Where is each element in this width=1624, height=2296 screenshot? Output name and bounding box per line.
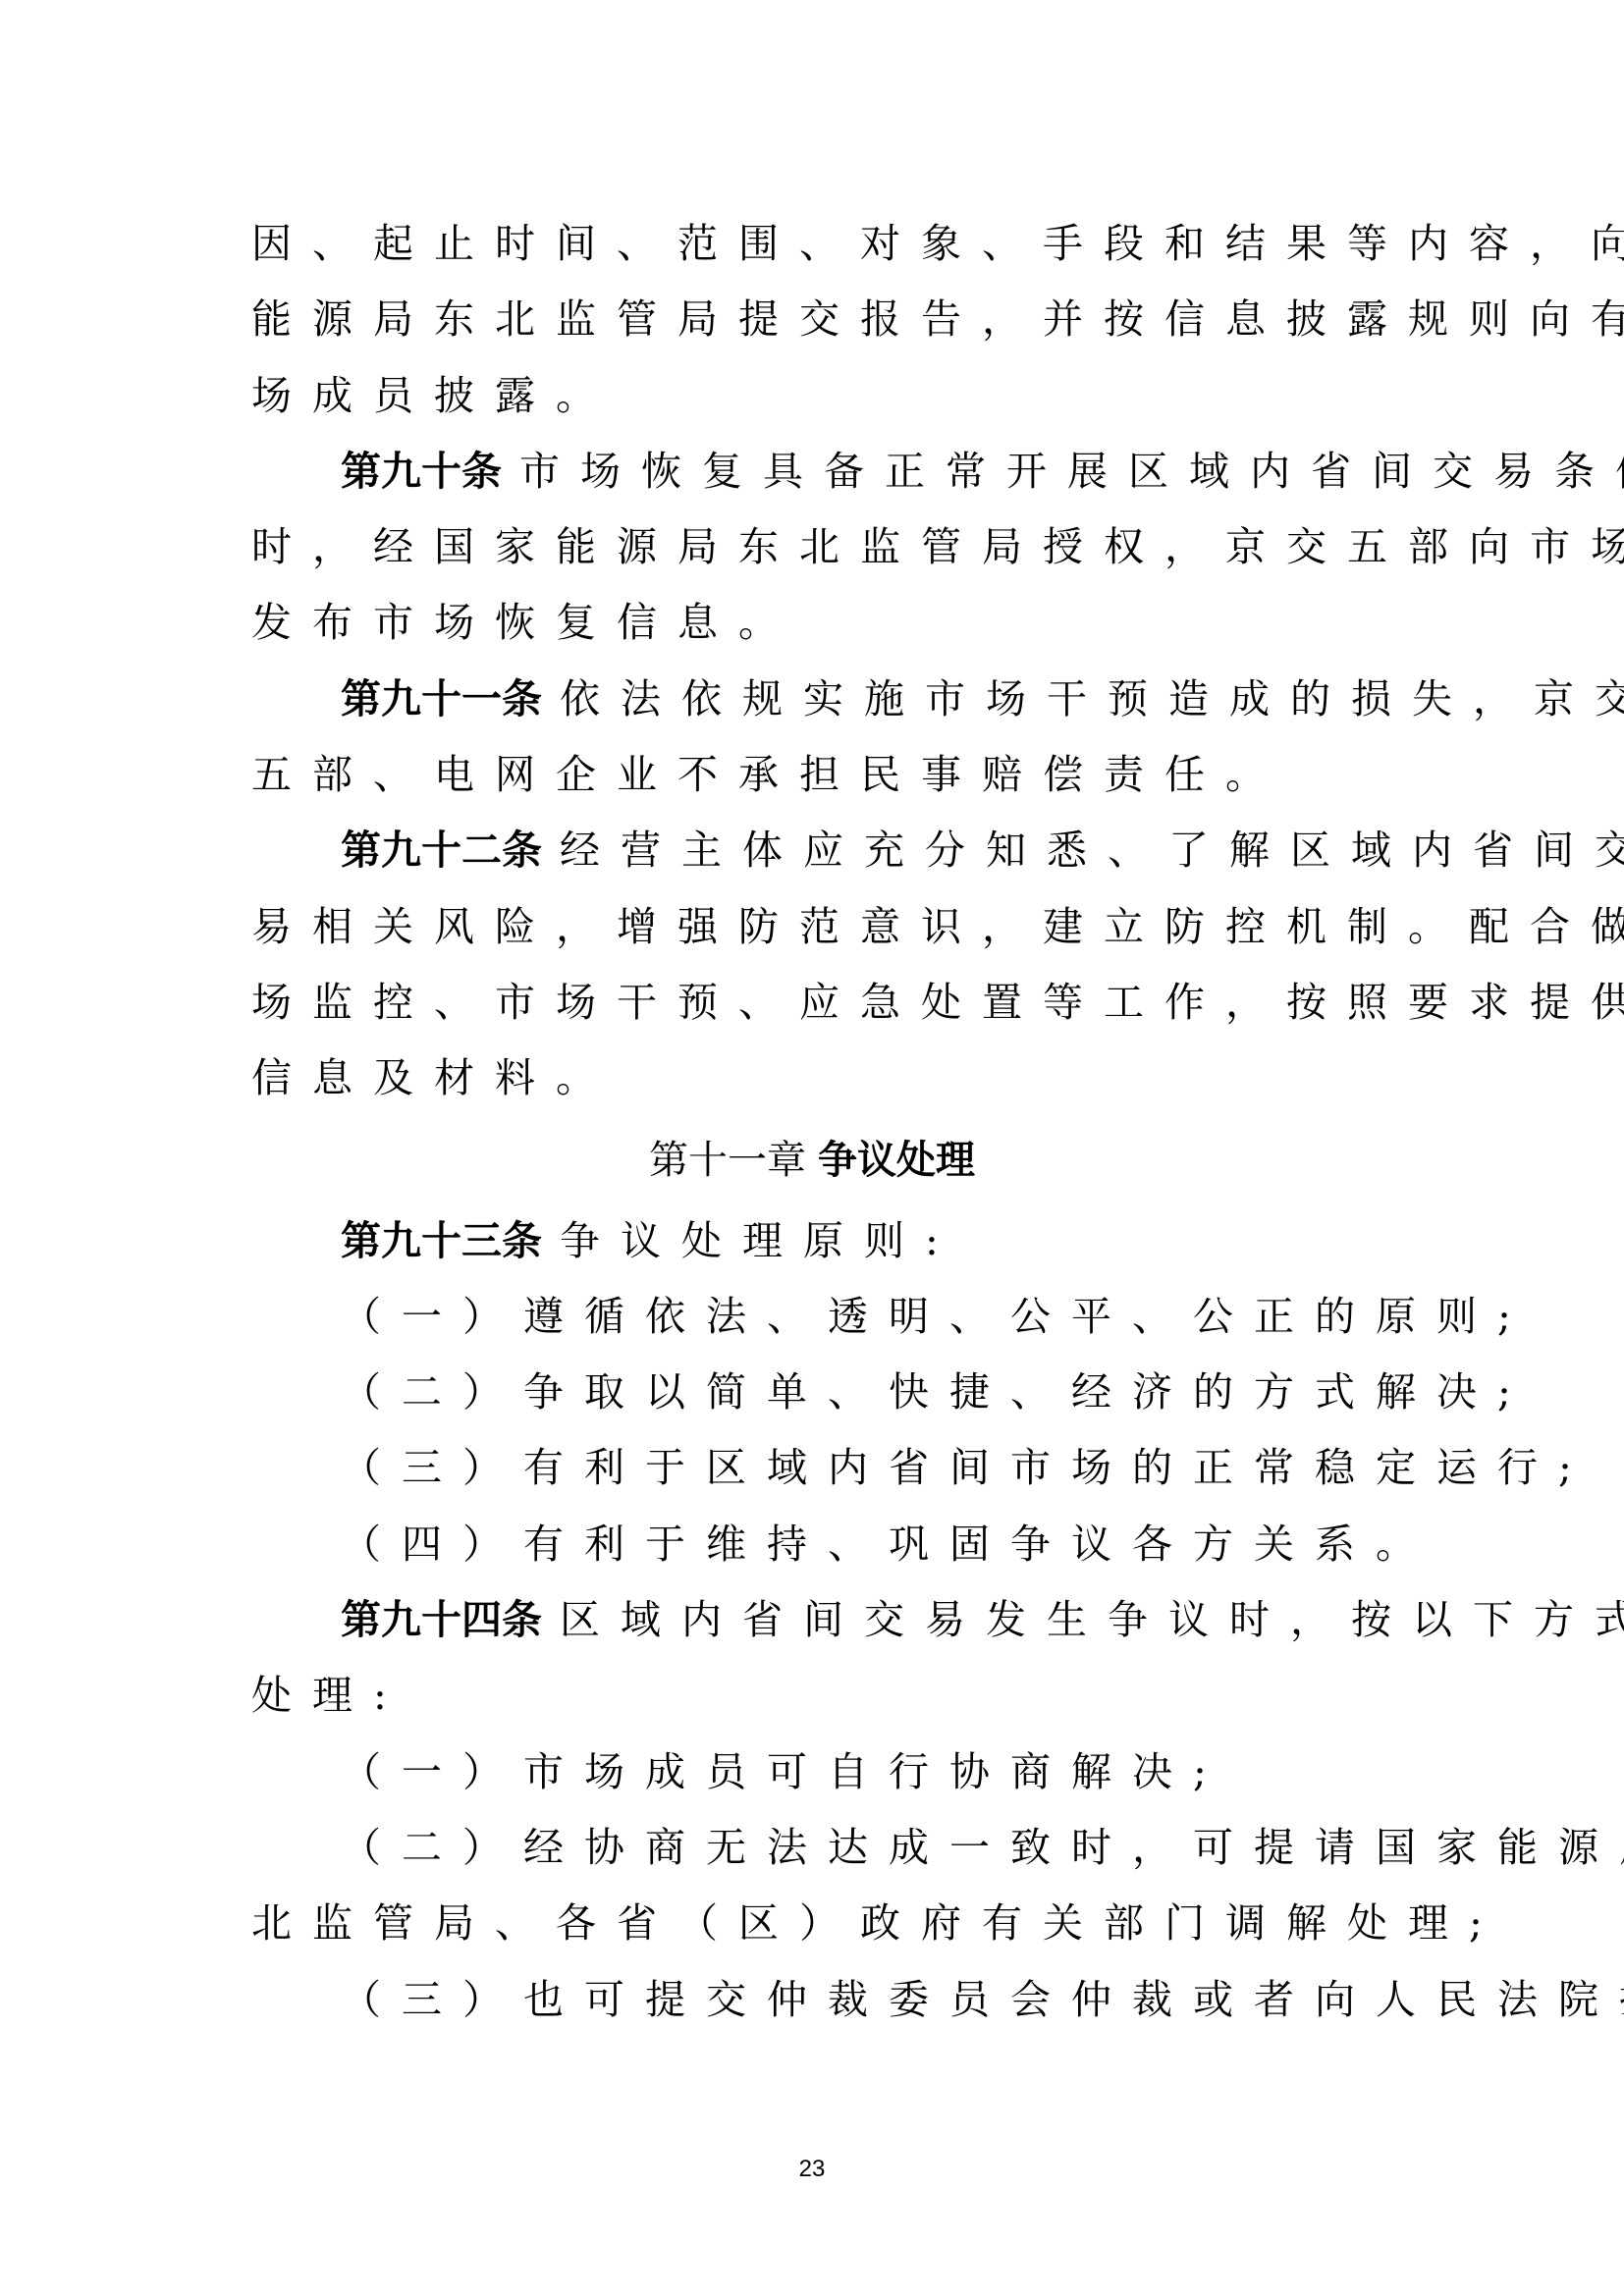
article-label: 第九十三条 xyxy=(341,1217,542,1264)
list-item: （三）有利于区域内省间市场的正常稳定运行; xyxy=(251,1430,1380,1506)
article-label: 第九十一条 xyxy=(341,675,542,722)
chapter-number: 第十一章 xyxy=(649,1138,806,1183)
paragraph-line: 能源局东北监管局提交报告，并按信息披露规则向有关市 xyxy=(251,282,1380,357)
article-text: 经营主体应充分知悉、了解区域内省间交 xyxy=(560,827,1624,874)
document-page: 因、起止时间、范围、对象、手段和结果等内容，向国家 能源局东北监管局提交报告，并… xyxy=(0,0,1624,2296)
paragraph-line: 信息及材料。 xyxy=(251,1041,1380,1116)
article-label: 第九十四条 xyxy=(341,1596,542,1643)
chapter-heading: 第十一章争议处理 xyxy=(0,1117,1624,1203)
paragraph-line: 发布市场恢复信息。 xyxy=(251,585,1380,661)
paragraph-line: 场监控、市场干预、应急处置等工作，按照要求提供相关 xyxy=(251,965,1380,1041)
list-item-continuation: 北监管局、各省（区）政府有关部门调解处理; xyxy=(251,1886,1380,1961)
page-number: 23 xyxy=(0,2156,1624,2183)
article-93-first-line: 第九十三条争议处理原则: xyxy=(251,1203,1380,1279)
article-text: 区域内省间交易发生争议时，按以下方式 xyxy=(560,1596,1624,1643)
paragraph-line: 处理: xyxy=(251,1658,1380,1734)
article-91-first-line: 第九十一条依法依规实施市场干预造成的损失，京交 xyxy=(251,662,1380,737)
list-item: （一）市场成员可自行协商解决; xyxy=(251,1735,1380,1810)
paragraph-line: 五部、电网企业不承担民事赔偿责任。 xyxy=(251,737,1380,813)
paragraph-line: 时，经国家能源局东北监管局授权，京交五部向市场成员 xyxy=(251,509,1380,585)
list-item: （四）有利于维持、巩固争议各方关系。 xyxy=(251,1507,1380,1582)
paragraph-line: 易相关风险，增强防范意识，建立防控机制。配合做好市 xyxy=(251,889,1380,965)
article-text: 依法依规实施市场干预造成的损失，京交 xyxy=(560,675,1624,722)
list-item: （二）争取以简单、快捷、经济的方式解决; xyxy=(251,1355,1380,1430)
document-body: 因、起止时间、范围、对象、手段和结果等内容，向国家 能源局东北监管局提交报告，并… xyxy=(251,206,1380,2038)
article-label: 第九十条 xyxy=(341,448,502,495)
article-90-first-line: 第九十条市场恢复具备正常开展区域内省间交易条件 xyxy=(251,434,1380,509)
article-92-first-line: 第九十二条经营主体应充分知悉、了解区域内省间交 xyxy=(251,813,1380,888)
paragraph-line: 因、起止时间、范围、对象、手段和结果等内容，向国家 xyxy=(251,206,1380,282)
list-item: （二）经协商无法达成一致时，可提请国家能源局东 xyxy=(251,1810,1380,1886)
chapter-title: 争议处理 xyxy=(818,1138,975,1183)
article-text: 市场恢复具备正常开展区域内省间交易条件 xyxy=(519,448,1624,495)
list-item: （三）也可提交仲裁委员会仲裁或者向人民法院提起 xyxy=(251,1962,1380,2038)
paragraph-line: 场成员披露。 xyxy=(251,358,1380,434)
article-94-first-line: 第九十四条区域内省间交易发生争议时，按以下方式 xyxy=(251,1582,1380,1658)
article-text: 争议处理原则: xyxy=(560,1217,959,1264)
list-item: （一）遵循依法、透明、公平、公正的原则; xyxy=(251,1279,1380,1355)
article-label: 第九十二条 xyxy=(341,827,542,874)
